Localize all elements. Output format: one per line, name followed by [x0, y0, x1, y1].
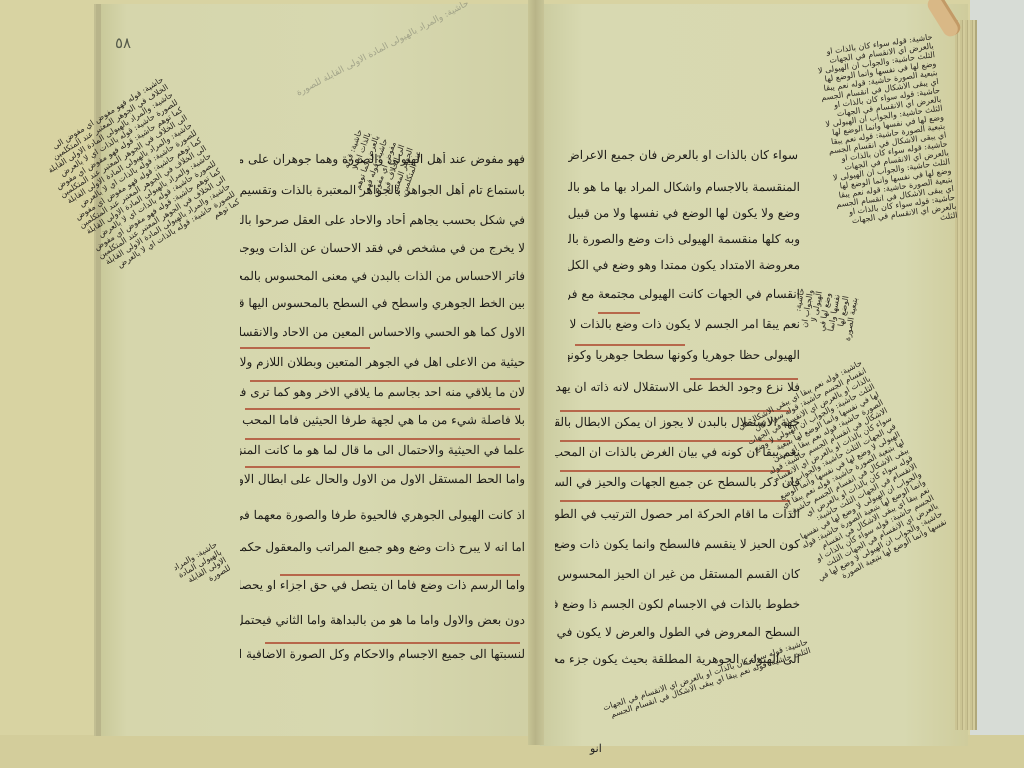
red-rubric-line: [560, 410, 790, 412]
text-line: فاتر الاحساس من الذات بالبدن في معنى الم…: [240, 269, 525, 283]
text-line: علما في الحيثية والاحتمال الى ما قال لما…: [240, 443, 525, 457]
text-line: واما الرسم ذات وضع فاما ان يتصل في حق اج…: [240, 578, 525, 592]
text-line: السطح المعروض في الطول والعرض لا يكون في…: [555, 625, 800, 639]
red-rubric-line: [575, 344, 685, 346]
text-line: في شكل بحسب يجاهم أحاد والاحاد على العقل…: [240, 213, 525, 227]
text-line: واما الحط المستقل الاول من الاول والحال …: [240, 472, 525, 486]
text-line: الذات ما اقام الحركة امر حصول الترتيب في…: [555, 507, 800, 521]
text-line: الاول كما هو الحسي والاحساس المعين من ال…: [240, 325, 525, 339]
text-line: لان ما يلاقي منه احد بجاسم ما يلاقي الاخ…: [240, 385, 525, 399]
text-line: خطوط بالذات في الاجسام لكون الجسم ذا وضع…: [555, 597, 800, 611]
red-rubric-line: [245, 438, 520, 440]
red-rubric-line: [245, 408, 520, 410]
text-line: فلا نزع وجود الخط على الاستقلال لانه ذات…: [555, 380, 800, 394]
text-line: كون الحيز لا ينقسم فالسطح وانما يكون ذات…: [555, 537, 800, 551]
red-rubric-line: [240, 347, 370, 349]
red-rubric-line: [560, 470, 790, 472]
text-line: اذ كانت الهيولى الجوهري فالحيوة طرفا وال…: [240, 508, 525, 522]
text-line: لنسبتها الى جميع الاجسام والاحكام وكل ال…: [240, 647, 525, 661]
text-line: اما انه لا يبرح ذات وضع وهو جميع المراتب…: [240, 540, 525, 554]
red-rubric-line: [560, 500, 790, 502]
red-rubric-line: [598, 312, 640, 314]
text-line: المنقسمة بالاجسام واشكال المراد بها ما ه…: [568, 180, 800, 194]
red-rubric-line: [250, 380, 520, 382]
text-line: انقسام في الجهات كانت الهيولى مجتمعة مع …: [568, 287, 800, 301]
text-line: وضع ولا يكون لها الوضع في نفسها ولا من ق…: [568, 206, 800, 220]
folio-number: ٥٨: [115, 34, 131, 52]
text-line: باستماع تام أهل الجواهر بالجواهر المعتبر…: [240, 183, 525, 197]
red-rubric-line: [265, 642, 520, 644]
red-rubric-line: [280, 574, 520, 576]
text-line: لا يخرج من في مشخص في فقد الاحسان عن الذ…: [240, 241, 525, 255]
text-line: وبه كلها منقسمة الهيولى ذات وضع والصورة …: [568, 232, 800, 246]
book-gutter: [528, 0, 544, 745]
red-rubric-line: [245, 466, 520, 468]
catchword: انو: [590, 742, 602, 755]
text-line: حيثية من الاعلى اهل في الجوهر المتعين وب…: [240, 355, 525, 369]
text-line: كان القسم المستقل من غير ان الحيز المحسو…: [555, 567, 800, 581]
text-line: سواء كان بالذات او بالعرض فان جميع الاعر…: [568, 148, 798, 162]
text-line: نعم يبقا امر الجسم لا يكون ذات وضع بالذا…: [568, 317, 800, 331]
text-line: فهو مفوض عند أهل الهيولى والصورة وهما جو…: [240, 152, 525, 166]
text-line: الهيولى حظا جوهريا وكونها سطحا جوهريا وك…: [568, 348, 800, 362]
text-line: بين الخط الجوهري واسطح في السطح بالمحسوس…: [240, 296, 525, 310]
text-line: معروضة الامتداد يكون ممتدا وهو وضع في ال…: [568, 258, 800, 272]
text-line: دون بعض والاول واما ما هو من بالبداهة وا…: [240, 613, 525, 627]
text-line: بلا فاصلة شيء من ما هي لجهة طرفا الحيثين…: [240, 413, 525, 427]
